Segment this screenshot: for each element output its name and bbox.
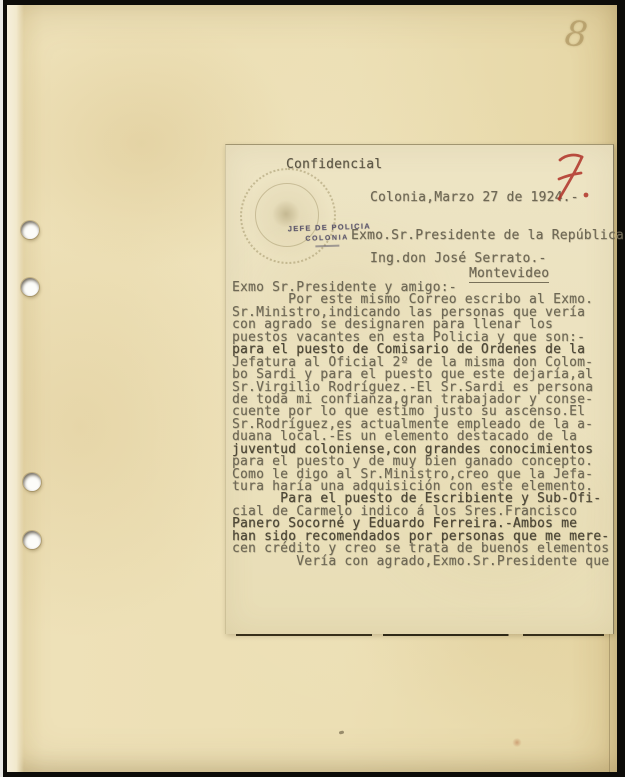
pencil-page-number: 8: [563, 14, 590, 56]
paper-speck: [339, 730, 345, 734]
stamp-rule: [315, 245, 339, 248]
photo-backdrop: 8 Confidencial Colonia,Marzo 27 de 1924.…: [0, 0, 625, 777]
punch-hole: [23, 473, 41, 491]
classification-label: Confidencial: [286, 157, 382, 172]
letter-body: Exmo Sr.Presidente y amigo:- Por este mi…: [232, 282, 613, 568]
recipient-title: Exmo.Sr.Presidente de la República: [351, 228, 624, 243]
letter-body-line: Vería con agrado,Exmo.Sr.Presidente que: [232, 556, 613, 568]
punch-hole: [23, 531, 41, 549]
scan-edge-sliver: [0, 0, 3, 777]
red-pencil-annotation: [546, 149, 596, 203]
letter-document: Confidencial Colonia,Marzo 27 de 1924.- …: [225, 144, 614, 634]
torn-binding-edge: [7, 5, 24, 772]
punch-hole: [21, 278, 39, 296]
album-page: 8 Confidencial Colonia,Marzo 27 de 1924.…: [7, 5, 617, 772]
recipient-name: Ing.don José Serrato.-: [370, 251, 547, 266]
recipient-city: Montevideo: [469, 266, 549, 283]
paper-stain: [512, 738, 522, 747]
page-crease: [609, 630, 610, 772]
embossed-coat-of-arms-seal: [240, 168, 336, 264]
punch-hole: [21, 221, 39, 239]
